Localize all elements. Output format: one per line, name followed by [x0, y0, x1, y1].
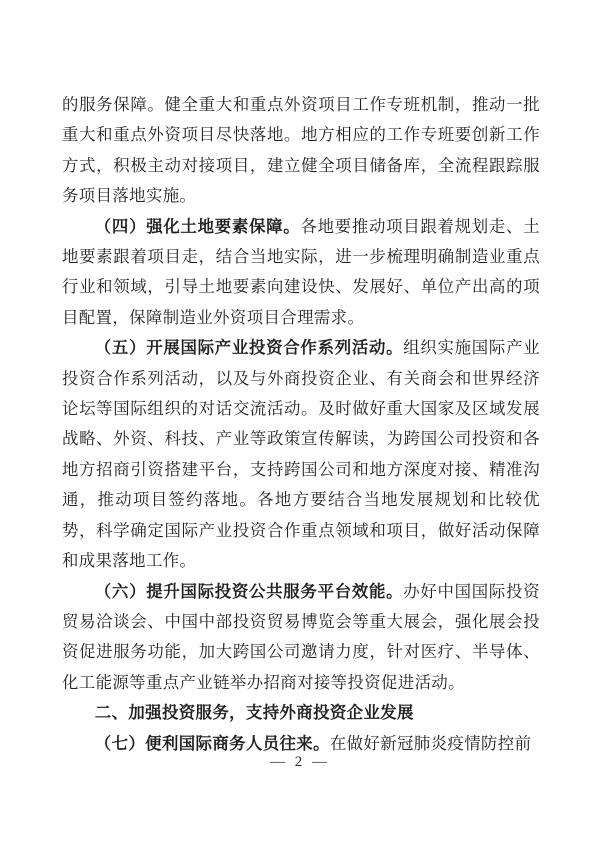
section-heading: 二、加强投资服务，支持外商投资企业发展 [62, 698, 540, 728]
page-number: — 2 — [0, 750, 600, 774]
paragraph-text: 组织实施国际产业投资合作系列活动，以及与外商投资企业、有关商会和世界经济论坛等国… [62, 338, 540, 570]
paragraph-clause-6: （六）提升国际投资公共服务平台效能。办好中国国际投资贸易洽谈会、中国中部投资贸易… [62, 577, 540, 699]
clause-5-lead: （五）开展国际产业投资合作系列活动。 [95, 338, 403, 357]
document-page: 的服务保障。健全重大和重点外资项目工作专班机制，推动一批重大和重点外资项目尽快落… [0, 0, 600, 848]
paragraph-clause-5: （五）开展国际产业投资合作系列活动。组织实施国际产业投资合作系列活动，以及与外商… [62, 333, 540, 576]
paragraph-continuation: 的服务保障。健全重大和重点外资项目工作专班机制，推动一批重大和重点外资项目尽快落… [62, 90, 540, 212]
clause-6-lead: （六）提升国际投资公共服务平台效能。 [95, 582, 403, 601]
paragraph-clause-4: （四）强化土地要素保障。各地要推动项目跟着规划走、土地要素跟着项目走，结合当地实… [62, 212, 540, 334]
document-body: 的服务保障。健全重大和重点外资项目工作专班机制，推动一批重大和重点外资项目尽快落… [62, 90, 540, 759]
clause-4-lead: （四）强化土地要素保障。 [95, 217, 301, 236]
paragraph-text: 的服务保障。健全重大和重点外资项目工作专班机制，推动一批重大和重点外资项目尽快落… [62, 95, 540, 205]
